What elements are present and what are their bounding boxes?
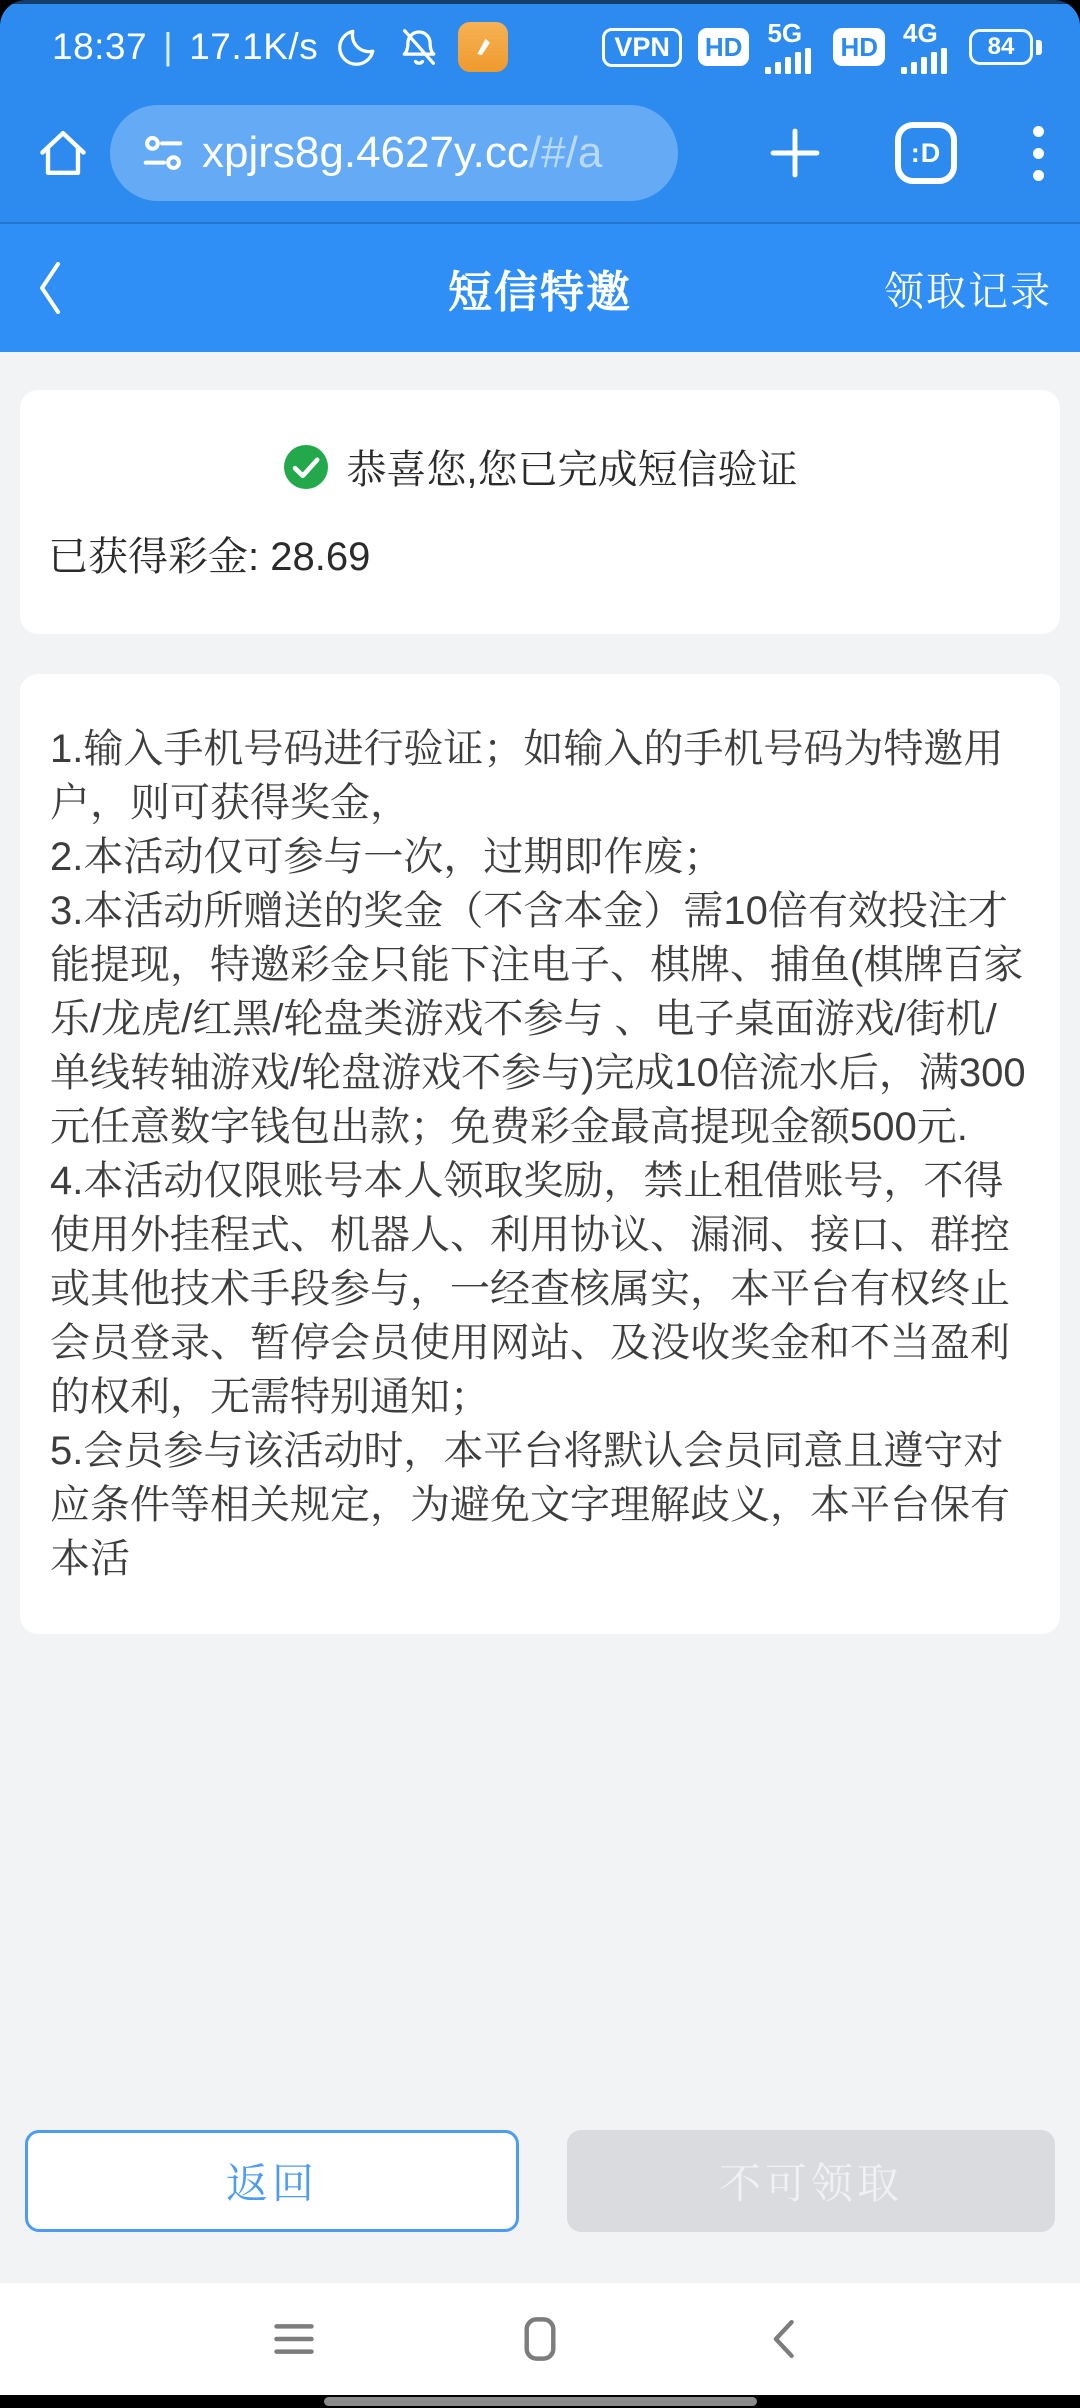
page-content: 恭喜您,您已完成短信验证 已获得彩金: 28.69 1.输入手机号码进行验证；如…	[0, 352, 1080, 2283]
status-bar-left: 18:37 | 17.1K/s	[52, 22, 508, 72]
kebab-menu-icon	[1033, 126, 1044, 137]
network-type-sim1: 5G	[767, 20, 802, 46]
page-info-icon	[140, 130, 186, 176]
rules-card: 1.输入手机号码进行验证；如输入的手机号码为特邀用户，则可获得奖金， 2.本活动…	[20, 674, 1060, 1634]
rule-item: 3.本活动所赠送的奖金（不含本金）需10倍有效投注才能提现，特邀彩金只能下注电子…	[50, 884, 1030, 1154]
nav-home-button[interactable]	[512, 2311, 568, 2367]
address-bar[interactable]: xpjrs8g.4627y.cc/#/a	[110, 105, 678, 201]
browser-toolbar: xpjrs8g.4627y.cc/#/a :D	[0, 84, 1080, 222]
return-button[interactable]: 返回	[25, 2130, 519, 2232]
plus-icon	[764, 122, 826, 184]
bonus-amount: 28.69	[270, 535, 370, 579]
status-bar-right: VPN HD 5G HD 4G	[602, 20, 1042, 74]
tabs-button[interactable]: :D	[895, 122, 957, 184]
battery-percent-text: 84	[969, 29, 1033, 65]
network-speed-text: 17.1K/s	[189, 26, 318, 68]
do-not-disturb-moon-icon	[334, 24, 380, 70]
nav-menu-button[interactable]	[266, 2311, 322, 2367]
verification-result-card: 恭喜您,您已完成短信验证 已获得彩金: 28.69	[20, 390, 1060, 634]
menu-lines-icon	[266, 2311, 322, 2367]
status-separator: |	[163, 26, 173, 68]
chevron-back-icon	[759, 2312, 813, 2366]
phone-screen: 18:37 | 17.1K/s VPN HD 5G	[0, 0, 1080, 2408]
page-title: 短信特邀	[448, 256, 632, 320]
url-path: /#/a	[529, 128, 602, 177]
network-type-sim2: 4G	[903, 20, 938, 46]
rule-item: 2.本活动仅可参与一次，过期即作废；	[50, 830, 1030, 884]
verification-message: 恭喜您,您已完成短信验证	[346, 438, 797, 495]
rule-item: 1.输入手机号码进行验证；如输入的手机号码为特邀用户，则可获得奖金，	[50, 722, 1030, 830]
verification-result-line: 恭喜您,您已完成短信验证	[48, 438, 1032, 495]
notification-app-icon	[458, 22, 508, 72]
kebab-menu-icon	[1033, 148, 1044, 159]
home-pill-icon	[512, 2310, 568, 2368]
home-icon	[34, 124, 92, 182]
url-text: xpjrs8g.4627y.cc/#/a	[202, 128, 602, 178]
signal-sim1: 5G	[765, 20, 817, 74]
signal-bars-icon	[901, 48, 953, 74]
system-navigation-bar	[0, 2283, 1080, 2395]
hd-badge-sim2: HD	[833, 28, 885, 66]
battery-indicator: 84	[969, 29, 1042, 65]
url-host: xpjrs8g.4627y.cc	[202, 128, 529, 177]
signal-bars-icon	[765, 48, 817, 74]
battery-nub	[1036, 40, 1042, 55]
browser-menu-button[interactable]	[1027, 120, 1050, 187]
action-button-row: 返回 不可领取	[0, 2130, 1080, 2232]
claim-disabled-button[interactable]: 不可领取	[567, 2130, 1055, 2232]
signal-sim2: 4G	[901, 20, 953, 74]
chevron-left-icon	[28, 252, 76, 324]
kebab-menu-icon	[1033, 170, 1044, 181]
clock-text: 18:37	[52, 26, 147, 68]
nav-back-button[interactable]	[758, 2311, 814, 2367]
success-check-icon	[282, 443, 330, 491]
claim-records-link[interactable]: 领取记录	[884, 260, 1052, 317]
home-indicator-bar	[0, 2395, 1080, 2408]
bonus-label: 已获得彩金:	[48, 535, 259, 579]
mute-bell-icon	[396, 24, 442, 70]
status-bar: 18:37 | 17.1K/s VPN HD 5G	[0, 0, 1080, 84]
vpn-badge: VPN	[602, 28, 682, 67]
rule-item: 4.本活动仅限账号本人领取奖励，禁止租借账号，不得使用外挂程式、机器人、利用协议…	[50, 1154, 1030, 1424]
bonus-line: 已获得彩金: 28.69	[48, 525, 1032, 582]
page-header: 短信特邀 领取记录	[0, 222, 1080, 352]
tab-face-text: :D	[911, 138, 942, 169]
new-tab-button[interactable]	[763, 121, 827, 185]
rule-item: 5.会员参与该活动时，本平台将默认会员同意且遵守对应条件等相关规定，为避免文字理…	[50, 1424, 1030, 1586]
hd-badge-sim1: HD	[698, 28, 750, 66]
screen-top-edge	[0, 0, 1080, 4]
home-indicator-pill[interactable]	[324, 2397, 757, 2406]
back-button[interactable]	[28, 243, 98, 333]
browser-home-button[interactable]	[30, 120, 96, 186]
